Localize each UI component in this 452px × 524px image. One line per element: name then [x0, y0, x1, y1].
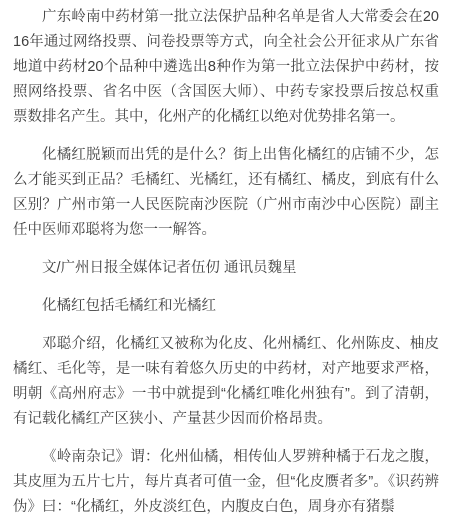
article-body: 广东岭南中药材第一批立法保护品种名单是省人大常委会在2016年通过网络投票、问卷…: [13, 5, 439, 520]
paragraph-lingnan-zaji: 《岭南杂记》谓：化州仙橘，相传仙人罗辨种橘于石龙之腹，其皮厘为五片七片，每片真者…: [13, 445, 439, 520]
byline: 文/广州日报全媒体记者伍仞 通讯员魏星: [13, 256, 439, 281]
paragraph-history: 邓聪介绍，化橘红又被称为化皮、化州橘红、化州陈皮、柚皮橘红、毛化等，是一味有着悠…: [13, 332, 439, 432]
paragraph-legislation-intro: 广东岭南中药材第一批立法保护品种名单是省人大常委会在2016年通过网络投票、问卷…: [13, 5, 439, 130]
section-heading: 化橘红包括毛橘红和光橘红: [13, 294, 439, 319]
paragraph-questions: 化橘红脱颖而出凭的是什么？街上出售化橘红的店铺不少，怎么才能买到正品？毛橘红、光…: [13, 143, 439, 243]
